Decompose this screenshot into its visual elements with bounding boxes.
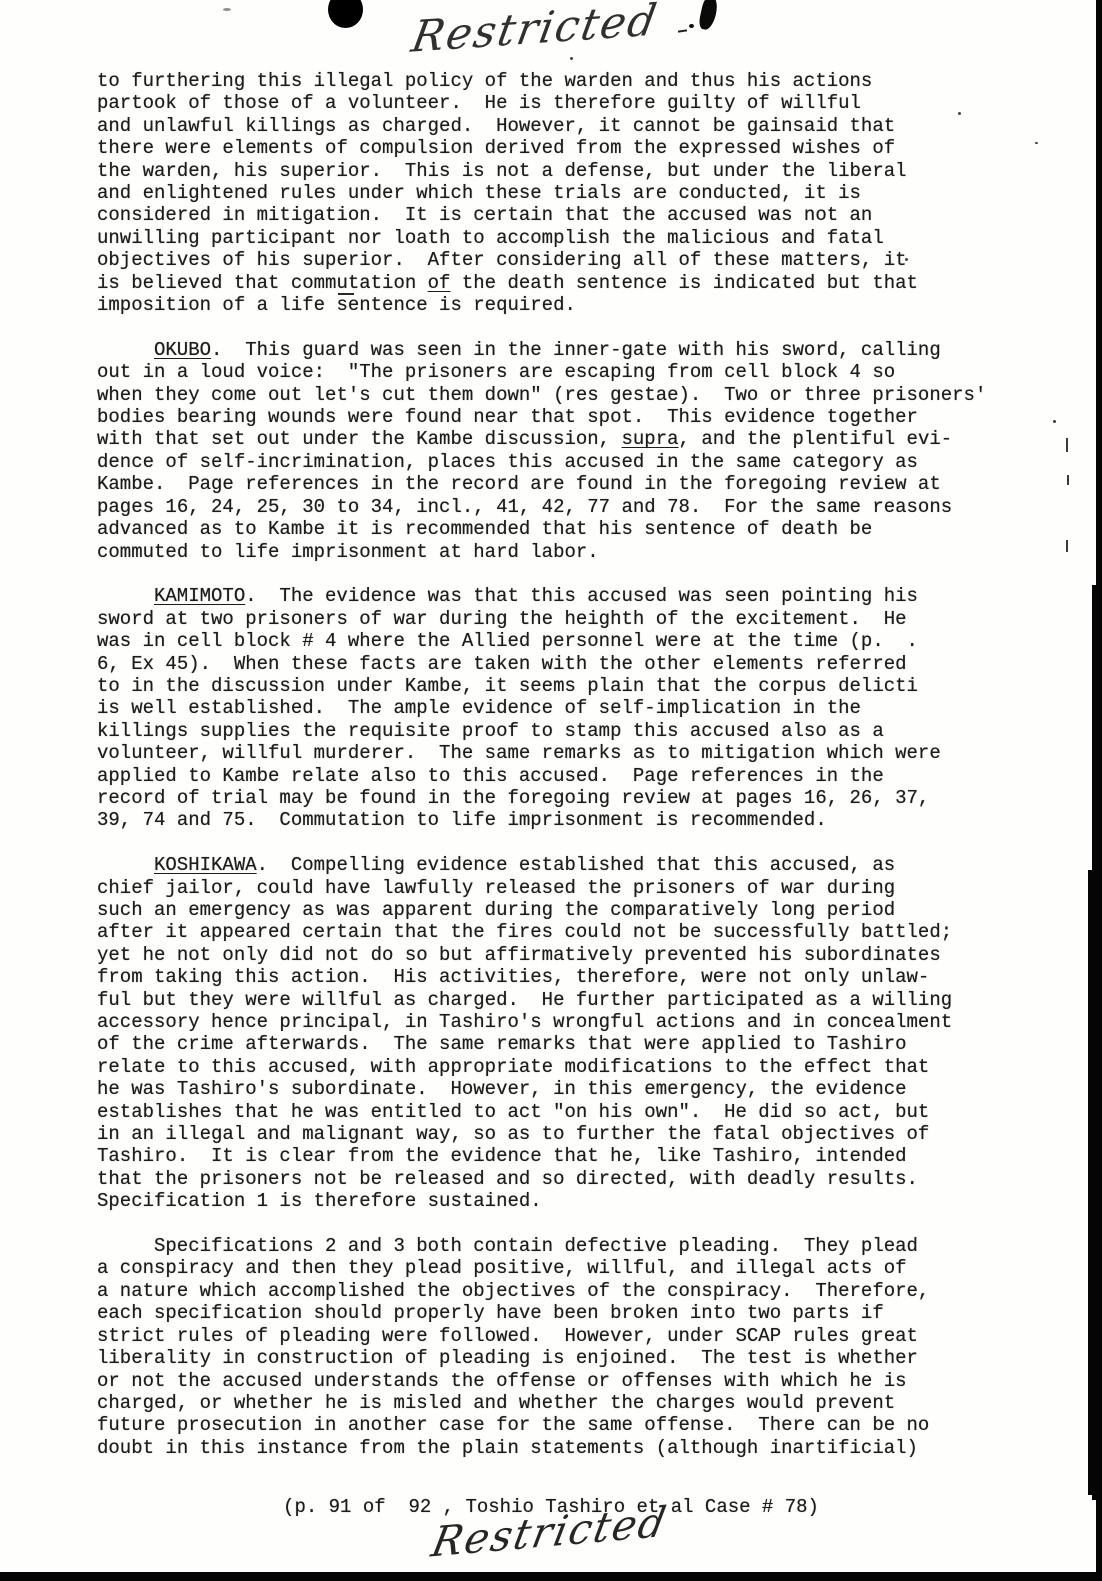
margin-mark xyxy=(1066,438,1068,452)
text-line: such an emergency as was apparent during… xyxy=(97,899,977,921)
document-body: to furthering this illegal policy of the… xyxy=(97,70,977,1459)
text-line: applied to Kambe relate also to this acc… xyxy=(97,765,977,787)
paragraph: Specifications 2 and 3 both contain defe… xyxy=(97,1235,977,1459)
text-line: Tashiro. It is clear from the evidence t… xyxy=(97,1145,977,1167)
margin-mark xyxy=(1067,475,1069,485)
text-line: to in the discussion under Kambe, it see… xyxy=(97,675,977,697)
text-line: each specification should properly have … xyxy=(97,1302,977,1324)
text-line: killings supplies the requisite proof to… xyxy=(97,720,977,742)
scan-speck xyxy=(570,57,573,60)
text-line: advanced as to Kambe it is recommended t… xyxy=(97,518,977,540)
text-line: strict rules of pleading were followed. … xyxy=(97,1325,977,1347)
text-line: pages 16, 24, 25, 30 to 34, incl., 41, 4… xyxy=(97,496,977,518)
text-line: liberality in construction of pleading i… xyxy=(97,1347,977,1369)
text-line: doubt in this instance from the plain st… xyxy=(97,1437,977,1459)
scan-speck xyxy=(1035,142,1038,144)
scan-edge-right-wide xyxy=(1088,870,1102,1495)
text-line: partook of those of a volunteer. He is t… xyxy=(97,92,977,114)
text-line: accessory hence principal, in Tashiro's … xyxy=(97,1011,977,1033)
text-line: objectives of his superior. After consid… xyxy=(97,249,977,271)
text-line: chief jailor, could have lawfully releas… xyxy=(97,877,977,899)
text-line: 39, 74 and 75. Commutation to life impri… xyxy=(97,809,977,831)
text-line: he was Tashiro's subordinate. However, i… xyxy=(97,1078,977,1100)
paragraph: to furthering this illegal policy of the… xyxy=(97,70,977,316)
text-line: a nature which accomplished the objectiv… xyxy=(97,1280,977,1302)
text-line: with that set out under the Kambe discus… xyxy=(97,428,977,450)
scanned-document-page: Restricted Restricted to furthering this… xyxy=(0,0,1102,1581)
text-line: when they come out let's cut them down" … xyxy=(97,384,977,406)
text-line: Specifications 2 and 3 both contain defe… xyxy=(97,1235,977,1257)
text-line: from taking this action. His activities,… xyxy=(97,966,977,988)
paragraph: OKUBO. This guard was seen in the inner-… xyxy=(97,339,977,563)
paragraph: KAMIMOTO. The evidence was that this acc… xyxy=(97,585,977,831)
text-line: that the prisoners not be released and s… xyxy=(97,1168,977,1190)
text-line: bodies bearing wounds were found near th… xyxy=(97,406,977,428)
text-line: future prosecution in another case for t… xyxy=(97,1414,977,1436)
page-footer-reference: (p. 91 of 92 , Toshio Tashiro et al Case… xyxy=(0,1496,1102,1518)
text-line: imposition of a life sentence is require… xyxy=(97,294,977,316)
text-line: or not the accused understands the offen… xyxy=(97,1370,977,1392)
text-line: sword at two prisoners of war during the… xyxy=(97,608,977,630)
text-line: KOSHIKAWA. Compelling evidence establish… xyxy=(97,854,977,876)
scan-edge-bottom xyxy=(0,1572,1102,1581)
text-line: Specification 1 is therefore sustained. xyxy=(97,1190,977,1212)
text-line: establishes that he was entitled to act … xyxy=(97,1101,977,1123)
hole-punch-mark xyxy=(328,0,363,28)
restricted-stamp-top: Restricted xyxy=(408,0,662,63)
text-line: KAMIMOTO. The evidence was that this acc… xyxy=(97,585,977,607)
text-line: there were elements of compulsion derive… xyxy=(97,137,977,159)
text-line: the warden, his superior. This is not a … xyxy=(97,160,977,182)
text-line: of the crime afterwards. The same remark… xyxy=(97,1033,977,1055)
text-line: a conspiracy and then they plead positiv… xyxy=(97,1257,977,1279)
text-line: to furthering this illegal policy of the… xyxy=(97,70,977,92)
text-line: was in cell block # 4 where the Allied p… xyxy=(97,630,977,652)
text-line: unwilling participant nor loath to accom… xyxy=(97,227,977,249)
text-line: in an illegal and malignant way, so as t… xyxy=(97,1123,977,1145)
ink-smudge-dash xyxy=(678,29,687,32)
text-line: charged, or whether he is misled and whe… xyxy=(97,1392,977,1414)
text-line: volunteer, willful murderer. The same re… xyxy=(97,742,977,764)
margin-mark xyxy=(1066,540,1068,552)
text-line: Kambe. Page references in the record are… xyxy=(97,473,977,495)
text-line: OKUBO. This guard was seen in the inner-… xyxy=(97,339,977,361)
text-line: 6, Ex 45). When these facts are taken wi… xyxy=(97,653,977,675)
ink-smudge-dot xyxy=(689,24,694,28)
text-line: and enlightened rules under which these … xyxy=(97,182,977,204)
text-line: is believed that commutation of the deat… xyxy=(97,272,977,294)
text-line: and unlawful killings as charged. Howeve… xyxy=(97,115,977,137)
text-line: dence of self-incrimination, places this… xyxy=(97,451,977,473)
ink-smudge xyxy=(698,0,720,31)
scan-speck xyxy=(223,8,231,11)
text-line: out in a loud voice: "The prisoners are … xyxy=(97,361,977,383)
paragraph: KOSHIKAWA. Compelling evidence establish… xyxy=(97,854,977,1213)
text-line: after it appeared certain that the fires… xyxy=(97,921,977,943)
text-line: is well established. The ample evidence … xyxy=(97,697,977,719)
text-line: relate to this accused, with appropriate… xyxy=(97,1056,977,1078)
text-line: considered in mitigation. It is certain … xyxy=(97,204,977,226)
margin-mark xyxy=(1053,420,1056,423)
text-line: ful but they were willful as charged. He… xyxy=(97,989,977,1011)
text-line: yet he not only did not do so but affirm… xyxy=(97,944,977,966)
text-line: record of trial may be found in the fore… xyxy=(97,787,977,809)
text-line: commuted to life imprisonment at hard la… xyxy=(97,541,977,563)
